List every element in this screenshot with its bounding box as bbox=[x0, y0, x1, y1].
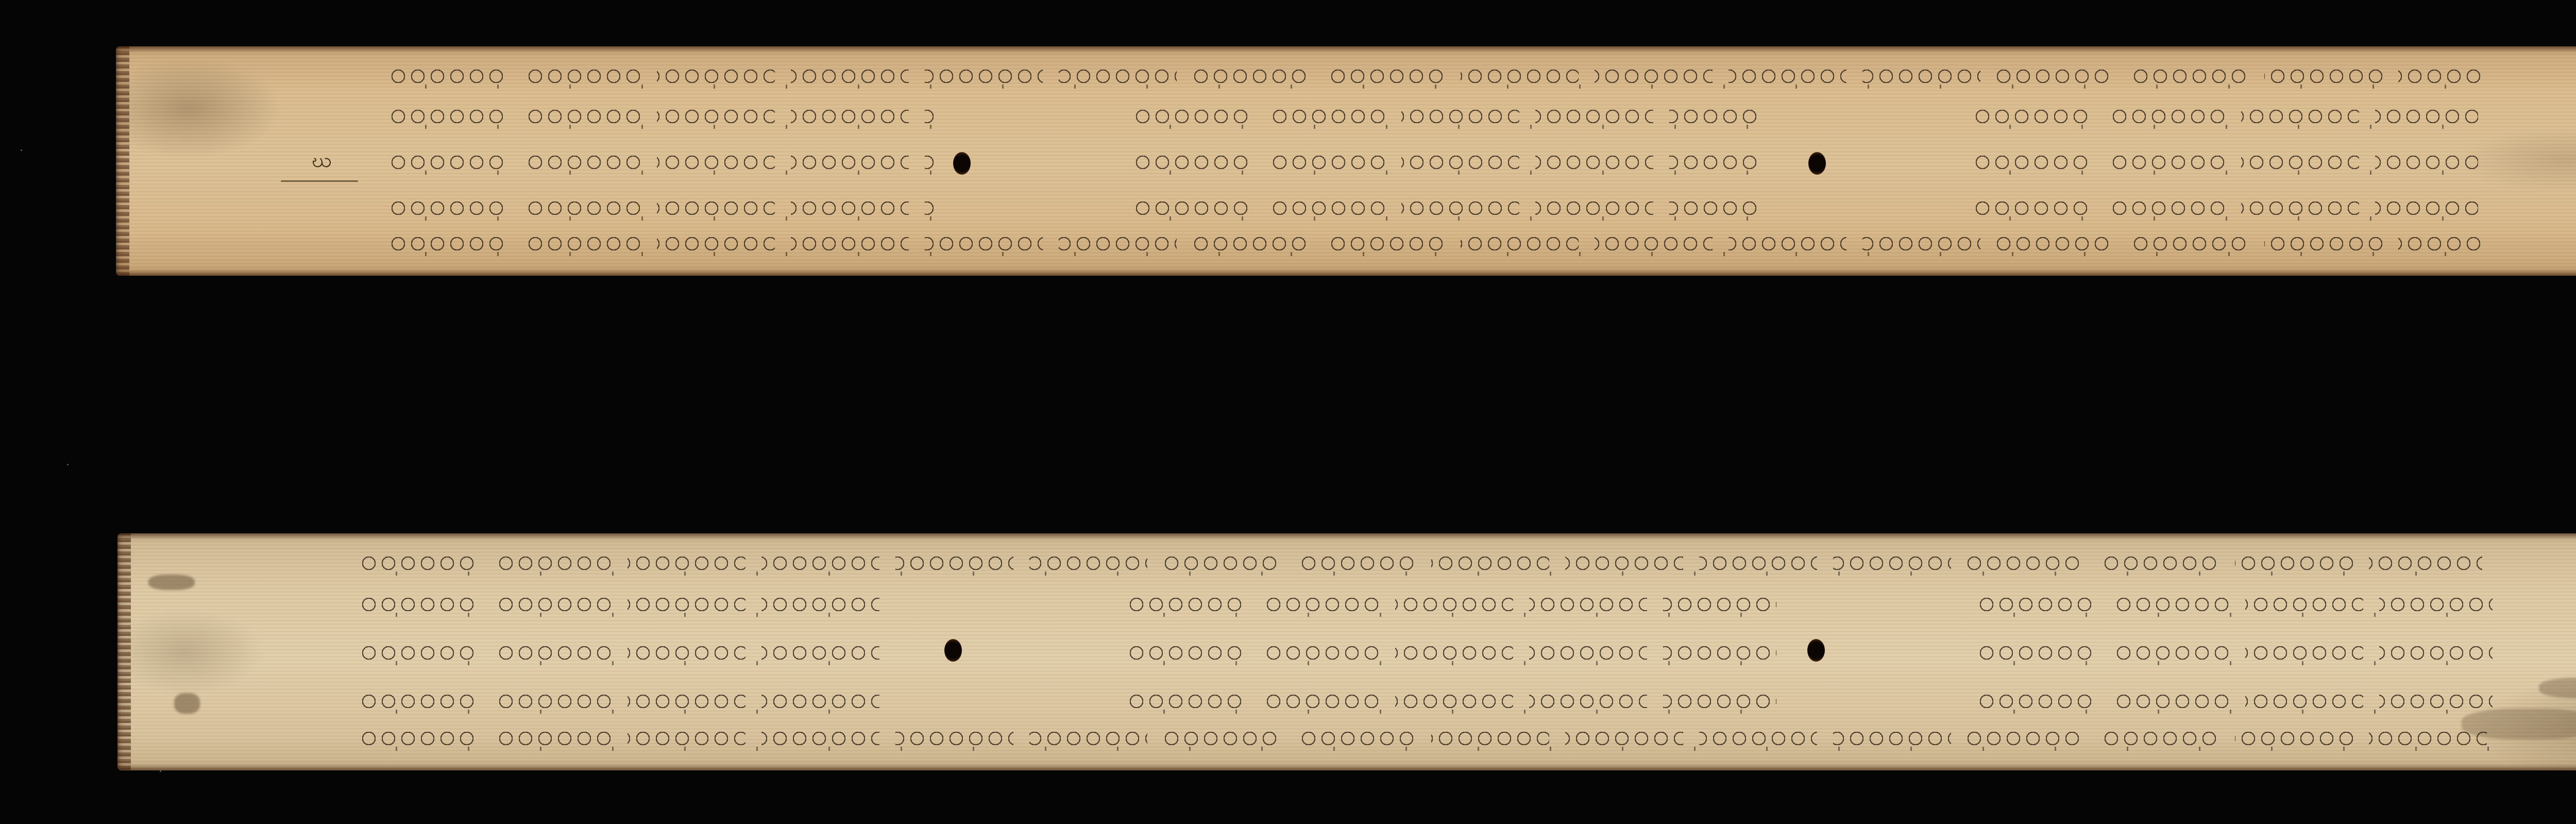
script-line: script-line bbox=[360, 724, 2493, 751]
script-line: script-line bbox=[360, 590, 895, 617]
script-line: script-line bbox=[1127, 638, 1776, 665]
leaf-frayed-edge-left bbox=[117, 533, 131, 770]
leaf-frayed-edge-left bbox=[116, 46, 129, 276]
text-block-left: script-line script-line script-line bbox=[389, 102, 935, 221]
text-block-left: script-line script-line script-line bbox=[360, 590, 895, 714]
stain bbox=[148, 575, 195, 590]
script-line: script-line bbox=[360, 638, 895, 665]
string-hole-right bbox=[1808, 152, 1826, 175]
text-block-right: script-line script-line script-line bbox=[1977, 590, 2493, 714]
script-line: script-line bbox=[1977, 687, 2493, 714]
script-line: script-line bbox=[1973, 102, 2478, 129]
script-line: script-line bbox=[360, 687, 895, 714]
text-line-full-top: script-line bbox=[389, 62, 2481, 93]
string-hole-left bbox=[944, 639, 962, 662]
manuscript-leaf-1: ဃ script-line script-line script-line sc… bbox=[116, 46, 2576, 276]
script-line: script-line bbox=[1127, 590, 1776, 617]
text-block-center: script-line script-line script-line bbox=[1127, 590, 1776, 714]
text-line-full-bottom: script-line bbox=[360, 724, 2493, 755]
text-line-full-bottom: script-line bbox=[389, 229, 2481, 260]
dust-speck bbox=[67, 464, 69, 465]
stain bbox=[2539, 678, 2576, 698]
script-line: script-line bbox=[1977, 590, 2493, 617]
script-line: script-line bbox=[1133, 102, 1762, 129]
script-line: script-line bbox=[389, 102, 935, 129]
string-hole-left bbox=[953, 152, 971, 175]
text-block-center: script-line script-line script-line bbox=[1133, 102, 1762, 221]
script-line: script-line bbox=[360, 549, 2482, 576]
script-line: script-line bbox=[1977, 638, 2493, 665]
script-line: script-line bbox=[389, 62, 2481, 89]
stain bbox=[174, 693, 200, 714]
dust-speck bbox=[160, 770, 161, 772]
script-line: script-line bbox=[389, 148, 935, 175]
script-line: script-line bbox=[1973, 194, 2478, 221]
script-line: script-line bbox=[389, 194, 935, 221]
leaf-number-marker: ဃ bbox=[312, 147, 333, 177]
script-line: script-line bbox=[1133, 148, 1762, 175]
dust-speck bbox=[21, 149, 22, 151]
script-line: script-line bbox=[1973, 148, 2478, 175]
text-line-full-top: script-line bbox=[360, 549, 2482, 580]
manuscript-leaf-2: script-line script-line script-line scri… bbox=[117, 533, 2576, 770]
leaf-marker-underline bbox=[281, 180, 358, 182]
script-line: script-line bbox=[389, 229, 2481, 256]
string-hole-right bbox=[1807, 639, 1825, 662]
script-line: script-line bbox=[1127, 687, 1776, 714]
text-block-right: script-line script-line script-line bbox=[1973, 102, 2478, 221]
script-line: script-line bbox=[1133, 194, 1762, 221]
